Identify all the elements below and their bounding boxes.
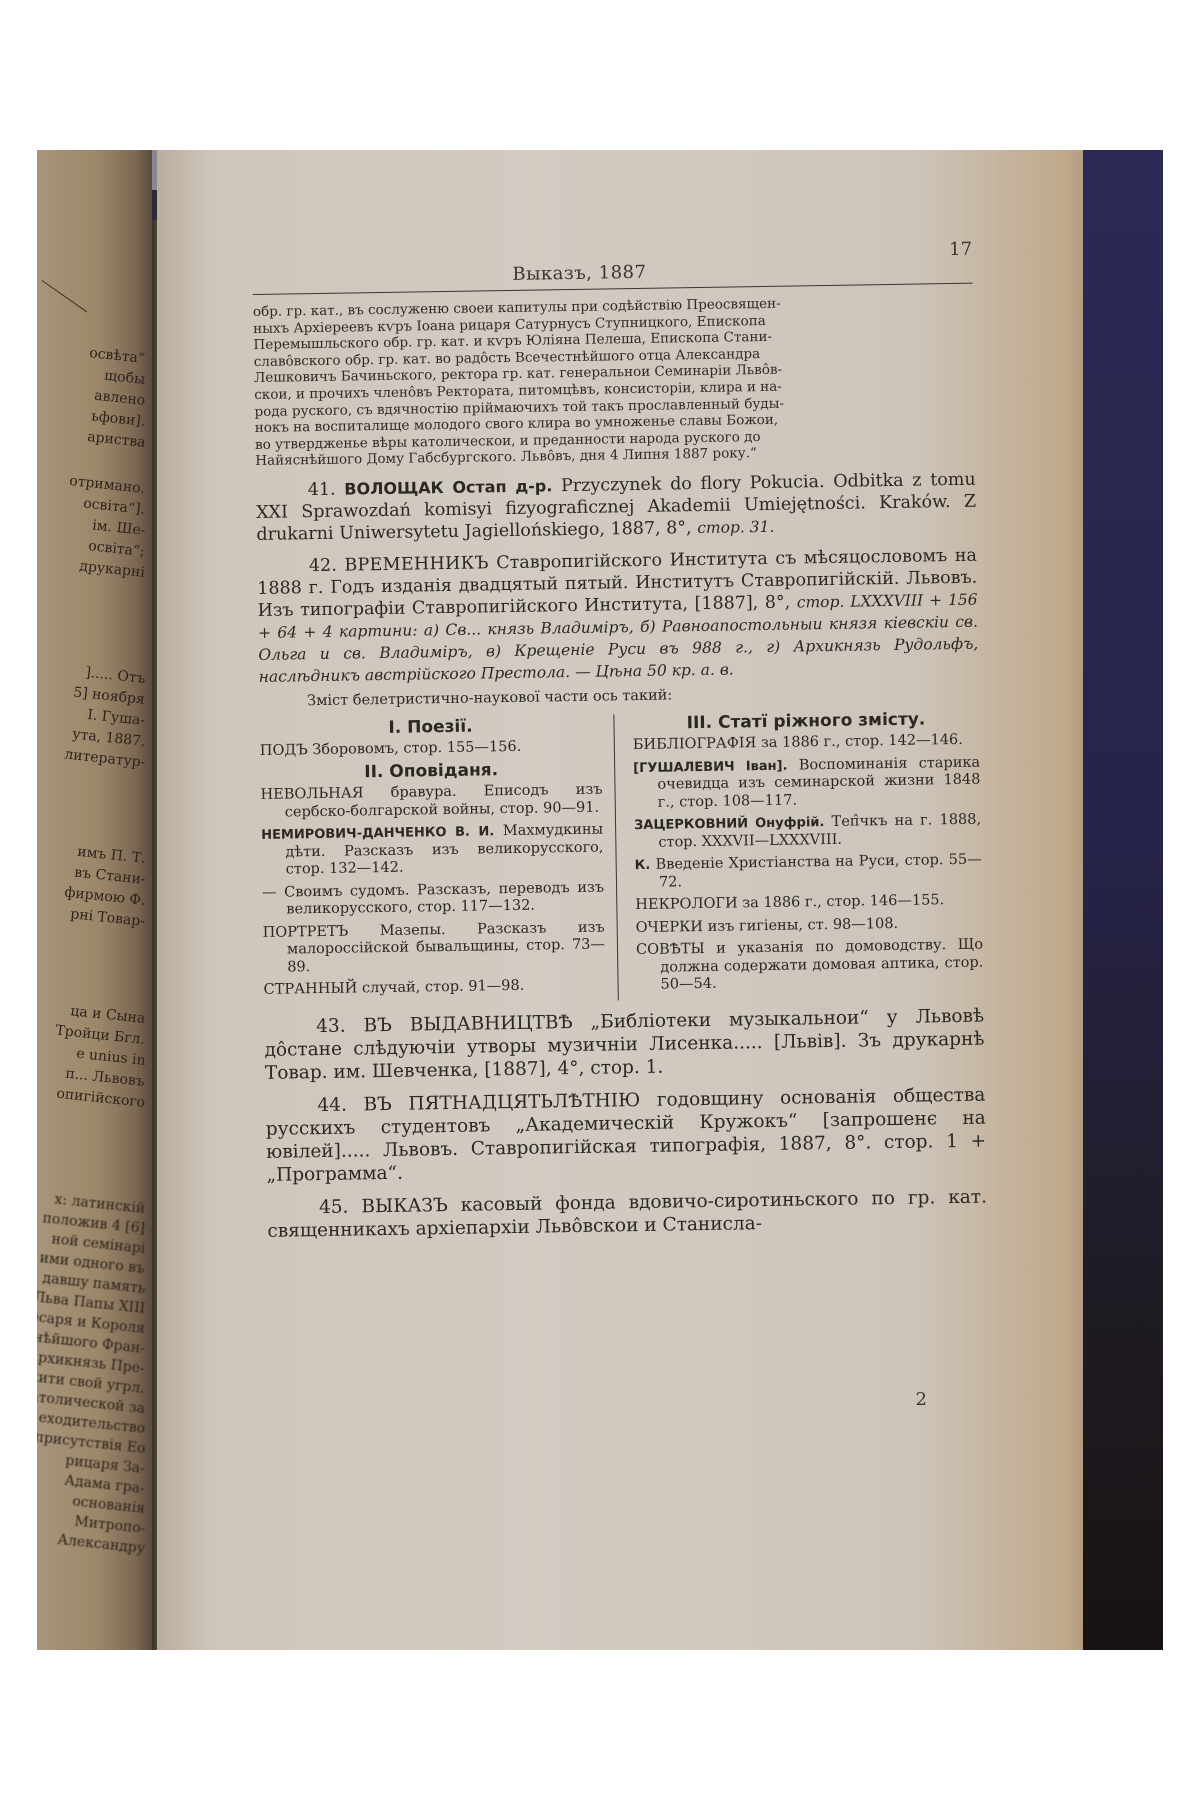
entry-number: 44. bbox=[317, 1095, 347, 1116]
entry-title: ВРЕМЕННИКЪ bbox=[344, 553, 489, 575]
left-page-rule bbox=[42, 280, 88, 312]
contents-item: ПОДЪ Зборовомъ, стор. 155—156. bbox=[260, 738, 602, 761]
left-page-fragment: отримано. bbox=[69, 472, 146, 499]
contents-item: БИБЛІОГРАФІЯ за 1886 г., стор. 142—146. bbox=[633, 732, 980, 755]
entry-43: 43. ВЪ ВЫДАВНИЦТВѢ „Библіотеки музыкальн… bbox=[264, 1005, 985, 1085]
contents-item-text: Зборовомъ, стор. 155—156. bbox=[308, 739, 522, 758]
contents-item-lead: НЕВОЛЬНАЯ bbox=[260, 786, 363, 804]
contents-item-lead: ПОДЪ bbox=[260, 743, 308, 760]
entry-44: 44. ВЪ ПЯТНАДЦЯТЬЛѢТНІЮ годовщину основа… bbox=[265, 1084, 986, 1187]
left-page-fragment: ариства bbox=[86, 428, 146, 453]
contents-item-lead: ЗАЦЕРКОВНИЙ Онуфрій. bbox=[634, 816, 825, 834]
contents-item-lead: НЕМИРОВИЧ-ДАНЧЕНКО В. И. bbox=[261, 825, 494, 844]
contents-item-text: за 1886 г., стор. 142—146. bbox=[756, 732, 963, 751]
contents-item: — Своимъ судомъ. Разсказъ, переводъ изъ … bbox=[262, 879, 605, 919]
contents-section-heading: I. Поезії. bbox=[259, 717, 601, 740]
entry-title: ВЪ ПЯТНАДЦЯТЬЛѢТНІЮ bbox=[363, 1090, 640, 1115]
contents-section-heading: III. Статї ріжного змісту. bbox=[632, 711, 979, 734]
contents-column-left: I. Поезії.ПОДЪ Зборовомъ, стор. 155—156.… bbox=[259, 714, 617, 1006]
contents-item: [ГУШАЛЕВИЧ Іван]. Воспоминанія старика о… bbox=[633, 755, 981, 813]
contents-item-text: Своимъ судомъ. Разсказъ, переводъ изъ ве… bbox=[276, 879, 604, 917]
contents-item-text: изъ гигіены, ст. 98—108. bbox=[703, 916, 898, 935]
contents-section-heading: II. Оповіданя. bbox=[260, 761, 602, 784]
entry-pages: стор. 1. bbox=[590, 1057, 663, 1079]
contents-item-lead: НЕКРОЛОГИ bbox=[635, 896, 738, 914]
contents-item-lead: К. bbox=[635, 858, 651, 873]
entry-41: 41. ВОЛОЩАК Остап д-р. Przyczynek do flo… bbox=[256, 469, 977, 546]
running-head-title: Выказъ, 1887 bbox=[512, 262, 646, 285]
contents-columns: I. Поезії.ПОДЪ Зборовомъ, стор. 155—156.… bbox=[259, 709, 983, 1006]
book-photo: освѣта“щобыавленоьфови].аристваотримано.… bbox=[37, 150, 1163, 1650]
contents-item-text: Введеніе Христіанства на Руси, стор. 55—… bbox=[650, 852, 982, 891]
contents-item: СТРАННЫЙ случай, стор. 91—98. bbox=[264, 977, 606, 1000]
contents-item: НЕВОЛЬНАЯ бравура. Еписодъ изъ сербско-б… bbox=[260, 782, 603, 822]
contents-item-lead: СТРАННЫЙ bbox=[264, 981, 358, 998]
entry-author: ВОЛОЩАК Остап д-р. bbox=[344, 476, 552, 498]
contents-item-lead: ОЧЕРКИ bbox=[636, 919, 704, 936]
header-rule bbox=[253, 283, 973, 295]
entry-number: 45. bbox=[319, 1197, 349, 1218]
contents-item: ОЧЕРКИ изъ гигіены, ст. 98—108. bbox=[636, 915, 983, 938]
left-page-fragment: освѣта“ bbox=[88, 344, 146, 369]
right-page: Выказъ, 1887 17 обр. гр. кат., въ сослуж… bbox=[157, 150, 1097, 1650]
contents-item-lead: [ГУШАЛЕВИЧ Іван]. bbox=[633, 759, 787, 776]
contents-item-lead: ПОРТРЕТЪ bbox=[263, 924, 349, 941]
entry-number: 42. bbox=[309, 556, 337, 576]
contents-item: НЕКРОЛОГИ за 1886 г., стор. 146—155. bbox=[635, 892, 982, 915]
entry-number: 43. bbox=[316, 1016, 346, 1037]
entry-number: 41. bbox=[308, 480, 336, 500]
contents-intro: Зміст белетристично-наукової части ось т… bbox=[259, 683, 979, 710]
page-number: 17 bbox=[949, 239, 972, 260]
signature-mark: 2 bbox=[916, 1389, 927, 1410]
entry-title: ВЪ ВЫДАВНИЦТВѢ bbox=[363, 1012, 572, 1036]
entry-42: 42. ВРЕМЕННИКЪ Ставропигійского Институт… bbox=[257, 545, 979, 688]
entry-title: ВЫКАЗЪ bbox=[361, 1195, 448, 1217]
contents-item-lead: БИБЛІОГРАФІЯ bbox=[633, 736, 757, 754]
left-page-fragment: щобы bbox=[103, 367, 146, 390]
running-head: Выказъ, 1887 17 bbox=[252, 239, 973, 296]
contents-column-right: III. Статї ріжного змісту.БИБЛІОГРАФІЯ з… bbox=[613, 709, 983, 1001]
left-page-fragment: авлено bbox=[93, 387, 146, 411]
entry-45: 45. ВЫКАЗЪ касовый фонда вдовичо-сиротин… bbox=[267, 1186, 988, 1243]
left-page-fragment: освіта“]. bbox=[83, 495, 146, 520]
book-cover-edge bbox=[1083, 150, 1163, 1650]
contents-item-text: случай, стор. 91—98. bbox=[357, 978, 524, 997]
contents-item: К. Введеніе Христіанства на Руси, стор. … bbox=[635, 852, 982, 892]
contents-item-text: и указанія по домоводству. Що должна сод… bbox=[660, 937, 983, 993]
quoted-inscription: обр. гр. кат., въ сослуженю своеи капиту… bbox=[253, 293, 976, 470]
contents-item: ПОРТРЕТЪ Мазепы. Разсказъ изъ малороссій… bbox=[263, 919, 606, 977]
entry-pages: стор. 31. bbox=[697, 518, 774, 537]
contents-item: ЗАЦЕРКОВНИЙ Онуфрій. Теп̂чкъ на г. 1888,… bbox=[634, 812, 981, 852]
page-text-block: Выказъ, 1887 17 обр. гр. кат., въ сослуж… bbox=[252, 239, 988, 1243]
contents-item: НЕМИРОВИЧ-ДАНЧЕНКО В. И. Махмудкины дѣти… bbox=[261, 822, 604, 880]
contents-item: СОВѢТЫ и указанія по домоводству. Що дол… bbox=[636, 937, 984, 995]
left-page: освѣта“щобыавленоьфови].аристваотримано.… bbox=[37, 150, 152, 1650]
contents-item-text: за 1886 г., стор. 146—155. bbox=[738, 893, 945, 912]
contents-item-lead: — bbox=[262, 885, 277, 901]
contents-item-lead: СОВѢТЫ bbox=[636, 941, 705, 958]
